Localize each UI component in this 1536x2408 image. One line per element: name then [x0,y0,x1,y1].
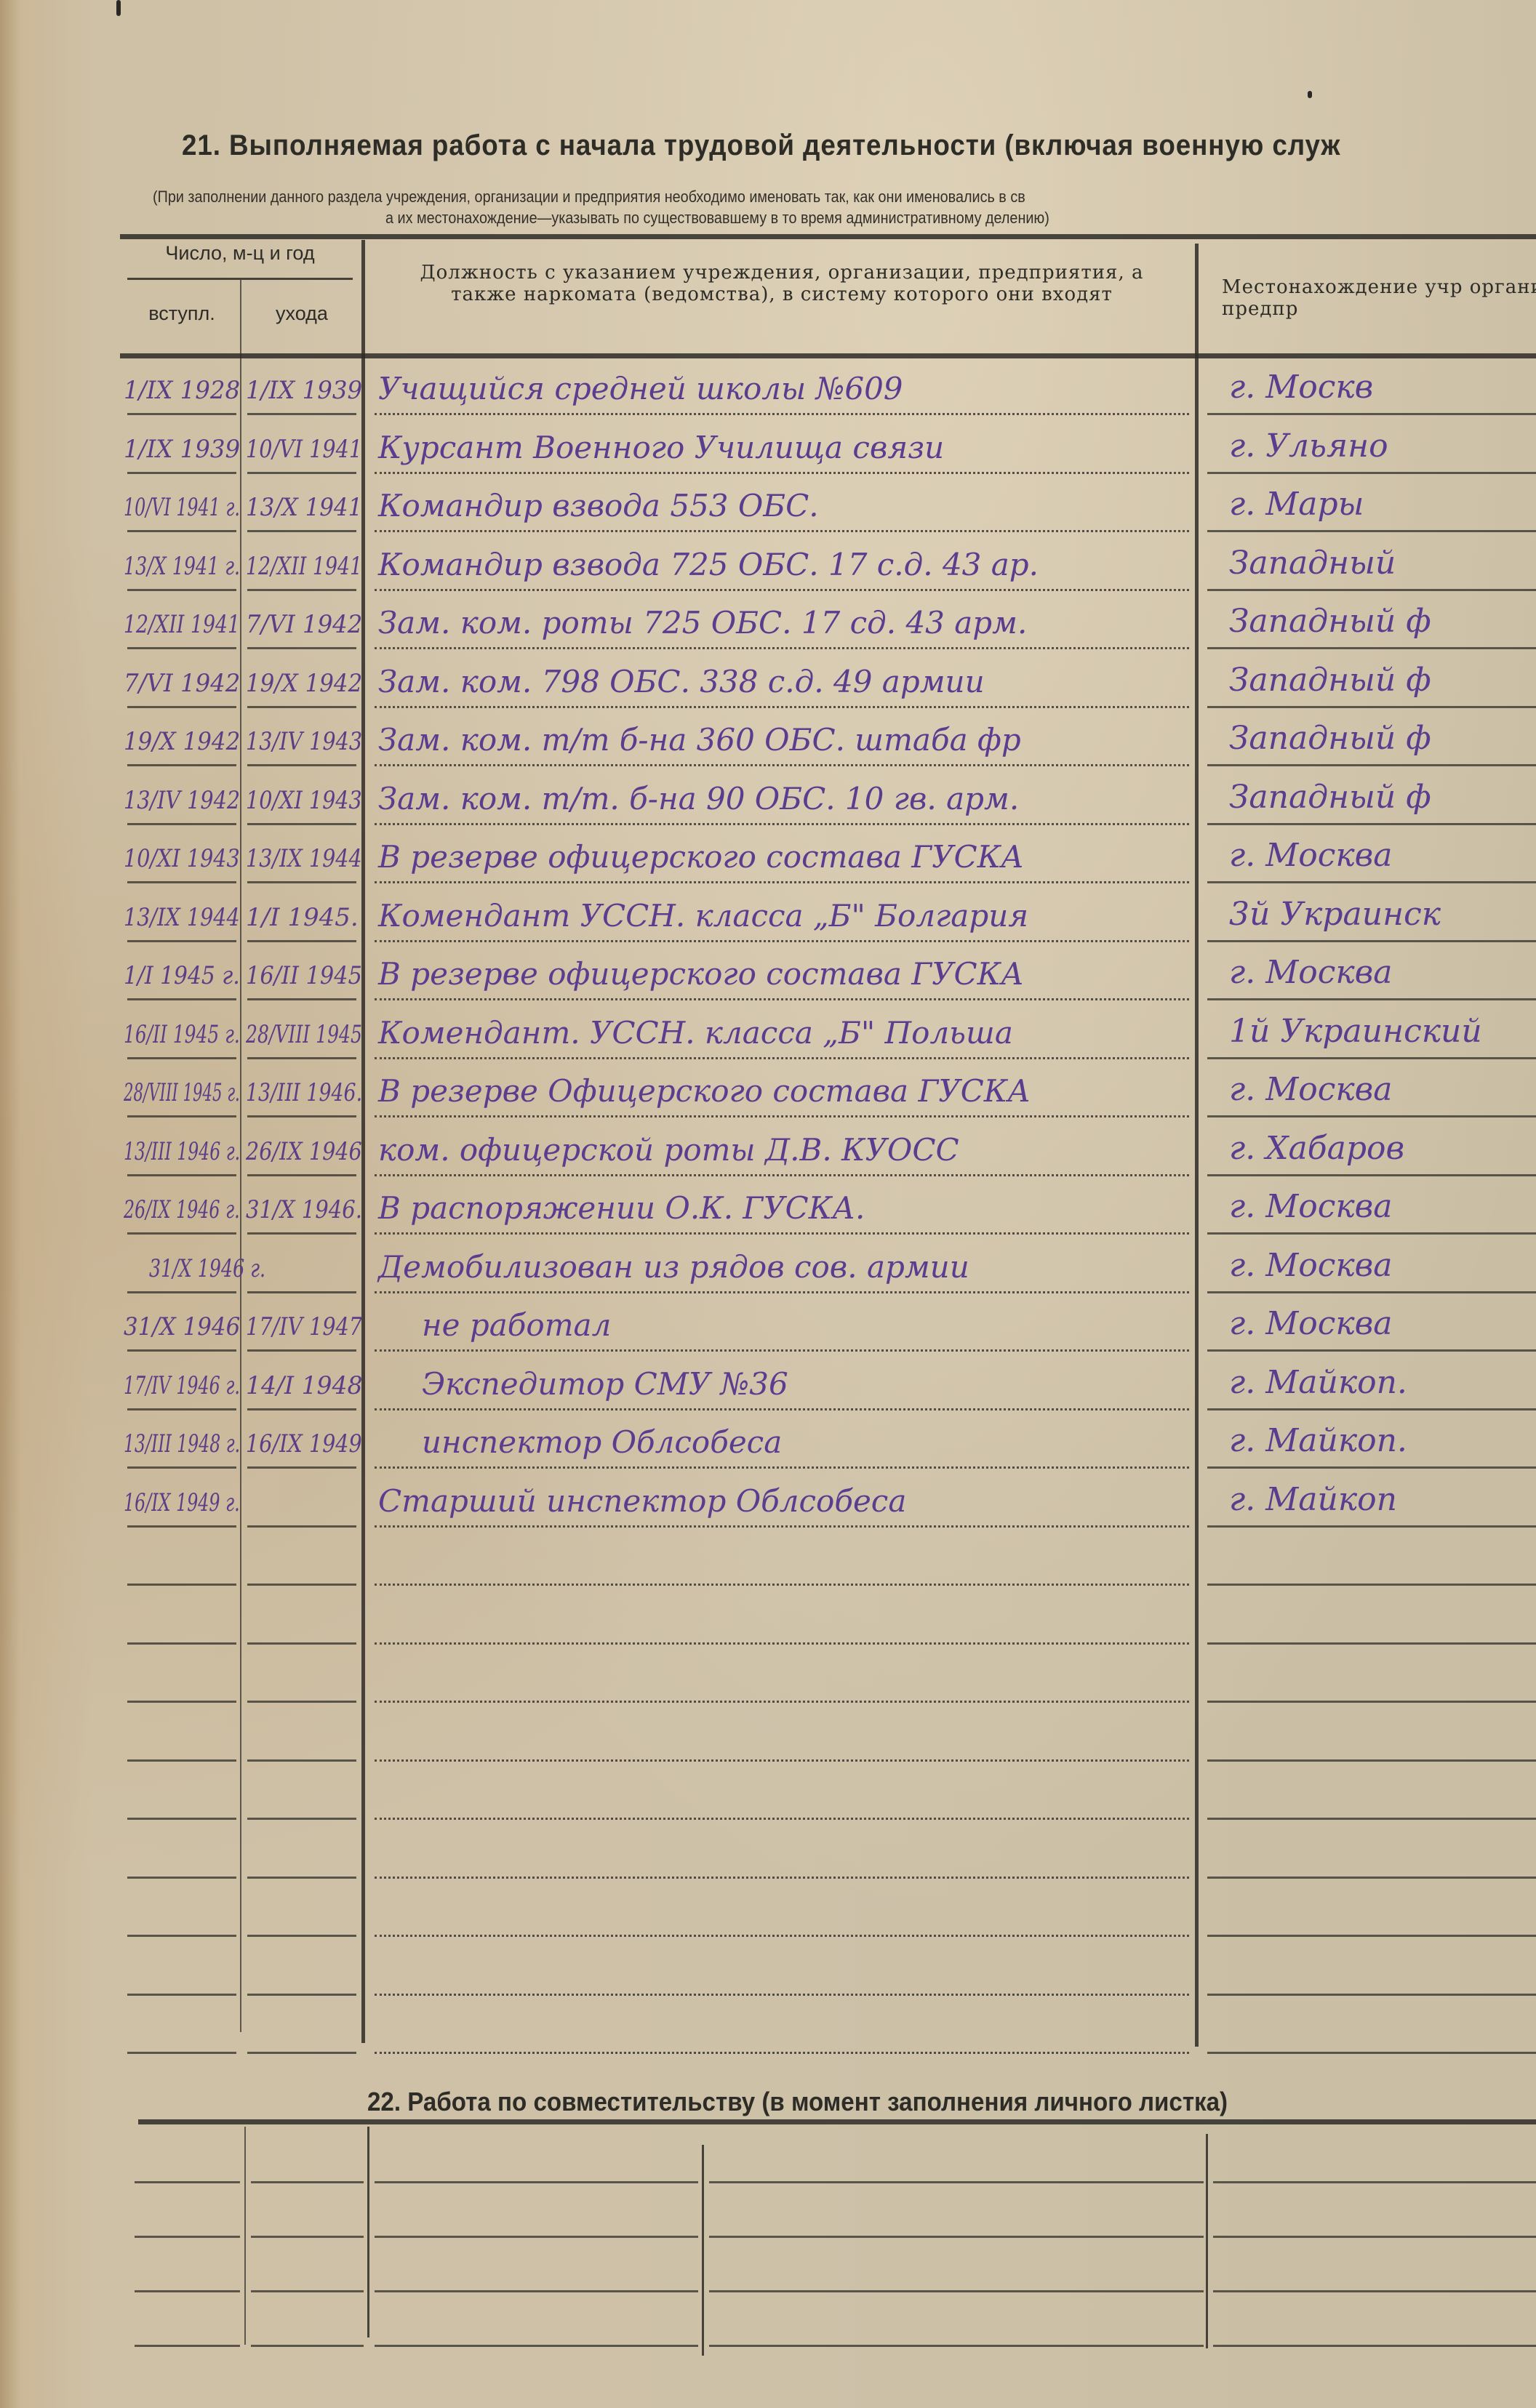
row-separator [375,706,1189,708]
start-date-cell: 26/IX 1946 г. [124,1192,240,1228]
row-separator [1207,998,1536,1000]
row-separator [127,647,236,649]
row-separator [375,940,1189,942]
row-separator [709,2181,1204,2183]
table-22-top-border [138,2119,1536,2124]
row-separator [1207,413,1536,415]
row-separator [127,1115,236,1117]
end-date-cell: 26/IX 1946 [246,1133,362,1170]
start-date-cell: 13/IV 1942 [124,782,240,819]
end-date-cell: 13/IX 1944 [246,840,362,877]
row-separator [1213,2290,1536,2292]
row-separator [247,1525,356,1528]
row-separator [1207,530,1536,532]
location-cell: г. Хабаров [1229,1131,1404,1167]
row-separator [247,647,356,649]
row-separator [1207,881,1536,883]
end-date-cell: 16/IX 1949 [246,1426,362,1462]
row-separator [247,940,356,942]
location-cell: г. Майкоп. [1229,1423,1407,1459]
start-date-cell: 17/IV 1946 г. [124,1368,240,1404]
row-separator [375,1115,1189,1117]
row-separator [375,1466,1189,1469]
row-separator [127,1291,236,1293]
row-separator [127,1174,236,1176]
row-separator [247,1701,356,1703]
row-separator [127,1057,236,1059]
row-separator [1207,1877,1536,1879]
row-separator [375,2181,698,2183]
t22-divider-2 [367,2127,369,2337]
row-separator [247,1174,356,1176]
t22-divider-1 [244,2127,246,2345]
location-cell: Западный [1229,545,1396,582]
start-date-cell: 13/IX 1944 [124,899,240,936]
row-separator [247,1759,356,1762]
start-date-cell: 13/III 1946 г. [124,1133,240,1170]
position-cell: Экспедитор СМУ №36 [422,1366,788,1402]
row-separator [375,823,1189,825]
row-separator [375,413,1189,415]
row-separator [1213,2236,1536,2238]
row-separator [127,589,236,591]
row-separator [247,1935,356,1937]
end-date-cell: 19/X 1942 [246,665,362,702]
position-cell: не работал [422,1307,611,1344]
row-separator [127,1584,236,1586]
position-cell: Комендант УССН. класса „Б" Болгария [378,898,1028,934]
position-cell: Командир взвода 553 ОБС. [378,488,819,524]
row-separator [127,706,236,708]
row-separator [1207,1174,1536,1176]
row-separator [1207,589,1536,591]
row-separator [1207,1701,1536,1703]
position-cell: Демобилизован из рядов сов. армии [378,1249,969,1285]
location-cell: г. Москва [1229,1306,1393,1342]
row-separator [127,940,236,942]
row-separator [1207,1349,1536,1352]
location-cell: Западный ф [1229,662,1431,699]
row-separator [135,2290,240,2292]
row-separator [1207,1408,1536,1410]
row-separator [247,998,356,1000]
row-separator [127,764,236,766]
end-date-cell: 28/VIII 1945 [246,1016,362,1053]
row-separator [127,1994,236,1996]
header-position: Должность с указанием учреждения, органи… [407,262,1156,305]
row-separator [375,881,1189,883]
end-date-cell: 13/X 1941 [246,489,362,526]
row-separator [1207,764,1536,766]
row-separator [247,1115,356,1117]
row-separator [1207,823,1536,825]
position-cell: Командир взвода 725 ОБС. 17 с.д. 43 ар. [378,547,1039,583]
row-separator [127,1759,236,1762]
row-separator [1207,1057,1536,1059]
section-21-title: 21. Выполняемая работа с начала трудовой… [182,129,1340,162]
start-date-cell: 1/IX 1939 [124,431,240,467]
row-separator [1207,647,1536,649]
row-separator [375,1818,1189,1820]
location-cell: Западный ф [1229,603,1431,640]
row-separator [247,1994,356,1996]
ink-speck [1308,91,1312,98]
row-separator [375,1291,1189,1293]
row-separator [247,1877,356,1879]
row-separator [1207,1291,1536,1293]
location-cell: г. Майкоп. [1229,1365,1407,1401]
section-22-title: 22. Работа по совместительству (в момент… [367,2087,1228,2117]
row-separator [247,1642,356,1645]
row-separator [375,2345,698,2347]
t22-divider-3 [702,2145,704,2356]
row-separator [375,998,1189,1000]
start-date-cell: 1/I 1945 г. [124,958,240,994]
header-start-date: вступл. [124,302,240,325]
row-separator [1207,940,1536,942]
row-separator [127,1877,236,1879]
row-separator [375,472,1189,474]
row-separator [375,1349,1189,1352]
t22-divider-4 [1206,2134,1208,2348]
section-21-note-line-1: (При заполнении данного раздела учрежден… [153,188,1025,206]
end-date-cell: 13/III 1946. [246,1075,362,1111]
row-separator [1207,1232,1536,1235]
location-cell: г. Москва [1229,1248,1393,1284]
row-separator [1207,1466,1536,1469]
position-cell: В резерве офицерского состава ГУСКА [378,839,1024,875]
position-cell: инспектор Облсобеса [422,1424,782,1461]
row-separator [127,530,236,532]
row-separator [375,764,1189,766]
row-separator [375,2290,698,2292]
ink-speck [116,0,121,16]
end-date-cell: 16/II 1945 [246,958,362,994]
header-date-group: Число, м-ц и год [124,241,356,265]
row-separator [127,881,236,883]
row-separator [247,530,356,532]
row-separator [375,589,1189,591]
row-separator [1213,2181,1536,2183]
location-cell: г. Ульяно [1229,428,1388,465]
row-separator [1207,1525,1536,1528]
row-separator [247,823,356,825]
start-date-cell: 31/X 1946 [124,1309,240,1345]
end-date-cell: 17/IV 1947 [246,1309,362,1345]
header-bottom-border [120,353,1536,358]
row-separator [375,1701,1189,1703]
row-separator [247,1408,356,1410]
column-divider-start-end [240,280,241,2032]
row-separator [1207,1935,1536,1937]
header-end-date: ухода [244,302,360,325]
row-separator [127,1525,236,1528]
start-date-cell: 7/VI 1942 [124,665,240,702]
row-separator [375,1408,1189,1410]
position-cell: Зам. ком. роты 725 ОБС. 17 сд. 43 арм. [378,605,1027,641]
row-separator [127,998,236,1000]
header-location: Местонахождение учр организации, предпр [1222,276,1536,320]
location-cell: Западный ф [1229,779,1431,816]
row-separator [1207,1759,1536,1762]
location-cell: г. Майкоп [1229,1482,1397,1518]
row-separator [247,1466,356,1469]
start-date-cell: 16/II 1945 г. [124,1016,240,1053]
end-date-cell: 1/I 1945. [246,899,359,936]
row-separator [375,1994,1189,1996]
position-cell: Учащийся средней школы №609 [378,371,903,407]
end-date-cell: 13/IV 1943 [246,723,362,760]
row-separator [1207,1994,1536,1996]
position-cell: Курсант Военного Училища связи [378,430,944,466]
row-separator [127,413,236,415]
row-separator [135,2345,240,2347]
location-cell: г. Москва [1229,955,1393,991]
end-date-cell: 12/XII 1941 [246,548,362,585]
page-edge-shadow [0,0,20,2408]
location-cell: 3й Украинск [1229,896,1441,933]
position-cell: В резерве офицерского состава ГУСКА [378,956,1024,992]
start-date-cell: 10/XI 1943 [124,840,240,877]
row-separator [375,1935,1189,1937]
row-separator [127,1701,236,1703]
row-separator [247,764,356,766]
row-separator [247,413,356,415]
row-separator [247,2052,356,2054]
row-separator [1207,472,1536,474]
row-separator [247,1584,356,1586]
row-separator [251,2290,364,2292]
table-top-border [120,234,1536,239]
row-separator [1207,1642,1536,1645]
row-separator [247,472,356,474]
row-separator [251,2236,364,2238]
row-separator [1207,1115,1536,1117]
start-date-cell: 13/X 1941 г. [124,548,240,585]
position-cell: Комендант. УССН. класса „Б" Польша [378,1015,1013,1051]
start-date-cell: 19/X 1942 [124,723,240,760]
position-cell: Зам. ком. т/т б-на 360 ОБС. штаба фр [378,722,1021,758]
row-separator [127,1408,236,1410]
section-21-note-line-2: а их местонахождение—указывать по сущест… [385,209,1049,228]
position-cell: Старший инспектор Облсобеса [378,1483,906,1520]
row-separator [247,881,356,883]
start-date-cell: 13/III 1948 г. [124,1426,240,1462]
column-divider-position-location [1195,244,1199,2047]
row-separator [709,2290,1204,2292]
location-cell: г. Москва [1229,1072,1393,1108]
row-separator [375,1232,1189,1235]
end-date-cell: 31/X 1946. [246,1192,362,1228]
row-separator [127,1232,236,1235]
row-separator [375,1057,1189,1059]
row-separator [375,2236,698,2238]
row-separator [1213,2345,1536,2347]
row-separator [127,1466,236,1469]
row-separator [247,1232,356,1235]
row-separator [375,647,1189,649]
location-cell: г. Мары [1229,486,1364,523]
row-separator [127,2052,236,2054]
end-date-cell: 10/VI 1941 [246,431,362,467]
location-cell: Западный ф [1229,721,1431,757]
row-separator [247,1291,356,1293]
end-date-cell: 14/I 1948 [246,1368,362,1404]
start-date-cell: 31/X 1946 г. [149,1251,265,1287]
row-separator [247,1057,356,1059]
row-separator [1207,1584,1536,1586]
row-separator [135,2236,240,2238]
position-cell: В резерве Офицерского состава ГУСКА [378,1073,1031,1109]
row-separator [375,1877,1189,1879]
location-cell: г. Москв [1229,369,1373,406]
end-date-cell: 10/XI 1943 [246,782,362,819]
row-separator [127,472,236,474]
row-separator [1207,1818,1536,1820]
row-separator [375,1584,1189,1586]
row-separator [127,1818,236,1820]
end-date-cell: 1/IX 1939 [246,372,362,409]
row-separator [709,2345,1204,2347]
position-cell: Зам. ком. 798 ОБС. 338 с.д. 49 армии [378,664,985,700]
start-date-cell: 10/VI 1941 г. [124,489,240,526]
end-date-cell: 7/VI 1942 [246,606,362,643]
row-separator [375,1525,1189,1528]
row-separator [127,1642,236,1645]
row-separator [127,1935,236,1937]
row-separator [1207,2052,1536,2054]
row-separator [135,2181,240,2183]
start-date-cell: 1/IX 1928 [124,372,240,409]
row-separator [251,2181,364,2183]
row-separator [375,1174,1189,1176]
position-cell: ком. офицерской роты Д.В. КУОСС [378,1132,959,1168]
row-separator [127,1349,236,1352]
row-separator [375,1759,1189,1762]
row-separator [251,2345,364,2347]
row-separator [247,1349,356,1352]
position-cell: В распоряжении О.К. ГУСКА. [378,1190,865,1227]
row-separator [375,530,1189,532]
row-separator [127,823,236,825]
location-cell: г. Москва [1229,1189,1393,1225]
row-separator [247,589,356,591]
row-separator [1207,706,1536,708]
row-separator [247,1818,356,1820]
location-cell: 1й Украинский [1229,1014,1482,1050]
location-cell: г. Москва [1229,838,1393,874]
start-date-cell: 16/IX 1949 г. [124,1485,240,1521]
start-date-cell: 12/XII 1941 [124,606,240,643]
row-separator [709,2236,1204,2238]
row-separator [247,706,356,708]
row-separator [375,2052,1189,2054]
row-separator [375,1642,1189,1645]
start-date-cell: 28/VIII 1945 г. [124,1075,240,1111]
position-cell: Зам. ком. т/т. б-на 90 ОБС. 10 гв. арм. [378,781,1019,817]
